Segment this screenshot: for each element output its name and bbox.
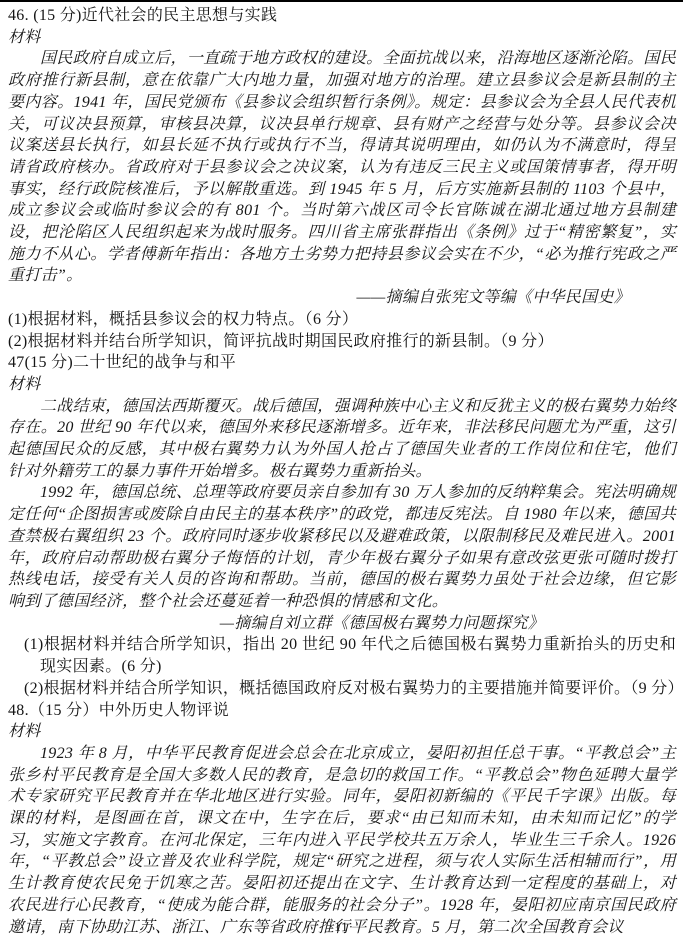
question-47-source-attribution: —摘编自刘立群《德国极右翼势力问题探究》 [8, 613, 676, 635]
question-46-material-label: 材料 [8, 27, 676, 49]
question-46-sub-question-1: (1)根据材料，概括县参议会的权力特点。（6 分） [8, 309, 676, 331]
question-48-material-label: 材料 [8, 721, 676, 743]
question-48-heading: 48.（15 分）中外历史人物评说 [8, 700, 676, 722]
question-47-material-label: 材料 [8, 374, 676, 396]
question-47-section: 47(15 分)二十世纪的战争与和平 材料 二战结束，德国法西斯覆灭。战后德国，… [8, 352, 676, 699]
question-46-section: 46. (15 分)近代社会的民主思想与实践 材料 国民政府自成立后，一直疏于地… [8, 5, 676, 352]
question-46-material-paragraph: 国民政府自成立后，一直疏于地方政权的建设。全面抗战以来，沿海地区逐渐沦陷。国民政… [8, 48, 676, 287]
question-47-material-paragraph-1: 二战结束，德国法西斯覆灭。战后德国，强调种族中心主义和反犹主义的极右翼势力始终存… [8, 396, 676, 483]
question-47-heading: 47(15 分)二十世纪的战争与和平 [8, 352, 676, 374]
question-46-heading: 46. (15 分)近代社会的民主思想与实践 [8, 5, 676, 27]
top-divider-rule [0, 0, 683, 2]
question-47-sub-question-2: (2)根据材料并结合所学知识，概括德国政府反对极右翼势力的主要措施并简要评价。（… [8, 678, 676, 700]
question-48-material-paragraph: 1923 年 8 月，中华平民教育促进会总会在北京成立，晏阳初担任总干事。“平教… [8, 743, 676, 938]
question-47-material-paragraph-2: 1992 年，德国总统、总理等政府要员亲自参加有 30 万人参加的反纳粹集会。宪… [8, 482, 676, 612]
question-48-section: 48.（15 分）中外历史人物评说 材料 1923 年 8 月，中华平民教育促进… [8, 700, 676, 938]
exam-content: 46. (15 分)近代社会的民主思想与实践 材料 国民政府自成立后，一直疏于地… [0, 0, 683, 938]
question-46-sub-question-2: (2)根据材料并结台所学知识，简评抗战时期国民政府推行的新县制。（9 分） [8, 331, 676, 353]
exam-page: 46. (15 分)近代社会的民主思想与实践 材料 国民政府自成立后，一直疏于地… [0, 0, 683, 938]
page-number: ·11· [0, 919, 683, 935]
question-46-source-attribution: ——摘编自张宪文等编《中华民国史》 [8, 287, 676, 309]
question-47-sub-question-1: (1)根据材料并结合所学知识，指出 20 世纪 90 年代之后德国极右翼势力重新… [8, 634, 676, 677]
